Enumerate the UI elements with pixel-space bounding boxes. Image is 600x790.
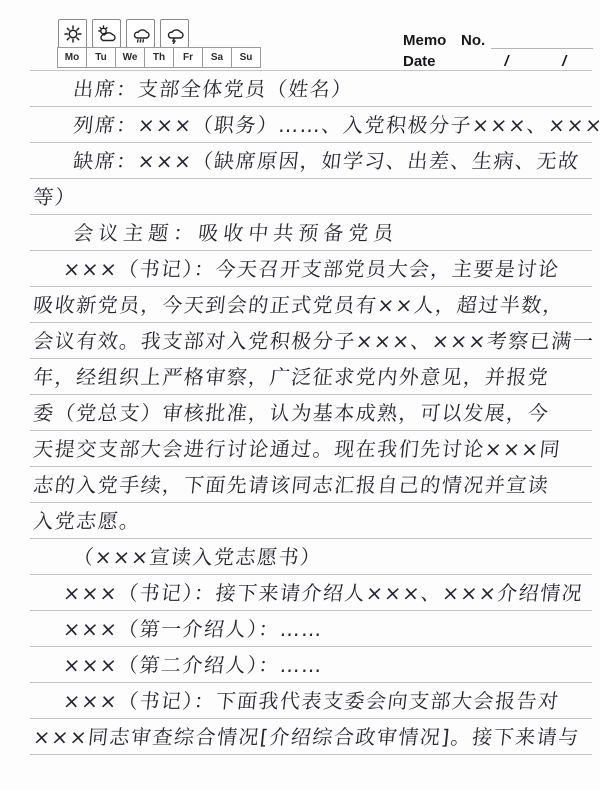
note-line-6: ×××（书记）：今天召开支部党员大会，主要是讨论 <box>30 251 592 287</box>
memo-no-label: No. <box>461 32 491 49</box>
day-cell-fr[interactable]: Fr <box>173 47 203 68</box>
note-line-4: 等） <box>30 179 592 215</box>
note-line-text: 等） <box>32 181 78 210</box>
note-line-text: ×××（书记）：下面我代表支委会向支部大会报告对 <box>62 685 561 714</box>
note-line-9: 年，经组织上严格审察，广泛征求党内外意见，并报党 <box>30 359 592 395</box>
day-cell-th[interactable]: Th <box>144 47 174 68</box>
note-line-3: 缺席：×××（缺席原因，如学习、出差、生病、无故 <box>30 143 592 179</box>
stormy-icon[interactable] <box>160 19 189 48</box>
note-line-text: 缺席：×××（缺席原因，如学习、出差、生病、无故 <box>72 145 581 174</box>
note-line-19: ×××同志审查综合情况[介绍综合政审情况]。接下来请与 <box>30 719 592 755</box>
weather-strip <box>58 19 189 48</box>
note-line-text: 会议主题：吸收中共预备党员 <box>72 217 400 246</box>
note-line-14: （×××宣读入党志愿书） <box>30 539 592 575</box>
rainy-icon[interactable] <box>126 19 155 48</box>
note-line-12: 志的入党手续，下面先请该同志汇报自己的情况并宣读 <box>30 467 592 503</box>
note-line-15: ×××（书记）：接下来请介绍人×××、×××介绍情况 <box>30 575 592 611</box>
note-line-text: 出席：支部全体党员（姓名） <box>72 73 355 102</box>
note-line-text: 委（党总支）审核批准，认为基本成熟，可以发展，今 <box>32 397 551 426</box>
note-line-17: ×××（第二介绍人）：…… <box>30 647 592 683</box>
note-line-text: ×××（书记）：今天召开支部党员大会，主要是讨论 <box>62 253 561 282</box>
date-label: Date <box>403 53 478 70</box>
note-line-8: 会议有效。我支部对入党积极分子×××、×××考察已满一 <box>30 323 592 359</box>
note-line-11: 天提交支部大会进行讨论通过。现在我们先讨论×××同 <box>30 431 592 467</box>
note-line-1: 出席：支部全体党员（姓名） <box>30 71 592 107</box>
note-line-10: 委（党总支）审核批准，认为基本成熟，可以发展，今 <box>30 395 592 431</box>
note-line-5: 会议主题：吸收中共预备党员 <box>30 215 592 251</box>
memo-no-blank-field[interactable] <box>491 32 593 49</box>
day-cell-su[interactable]: Su <box>231 47 261 68</box>
day-cell-we[interactable]: We <box>115 47 145 68</box>
memo-label: Memo <box>403 32 461 49</box>
note-line-16: ×××（第一介绍人）：…… <box>30 611 592 647</box>
ruled-sheet: 出席：支部全体党员（姓名） 列席：×××（职务）……、入党积极分子×××、×××… <box>30 70 592 755</box>
note-line-13: 入党志愿。 <box>30 503 592 539</box>
note-line-text: 吸收新党员，今天到会的正式党员有××人，超过半数， <box>32 289 566 318</box>
note-line-text: （×××宣读入党志愿书） <box>72 541 323 570</box>
date-slash-2: / <box>535 53 593 70</box>
memo-page: { "colors": { "ink": "#26262e", "rule": … <box>0 0 600 790</box>
note-line-text: ×××（第二介绍人）：…… <box>62 649 325 678</box>
note-line-text: 天提交支部大会进行讨论通过。现在我们先讨论×××同 <box>32 433 563 462</box>
day-cell-sa[interactable]: Sa <box>202 47 232 68</box>
note-line-7: 吸收新党员，今天到会的正式党员有××人，超过半数， <box>30 287 592 323</box>
note-line-text: ×××（书记）：接下来请介绍人×××、×××介绍情况 <box>62 577 585 606</box>
note-line-text: ×××（第一介绍人）：…… <box>62 613 325 642</box>
note-line-text: 入党志愿。 <box>32 505 143 534</box>
note-line-2: 列席：×××（职务）……、入党积极分子×××、××× <box>30 107 592 143</box>
partly-cloudy-icon[interactable] <box>92 19 121 48</box>
day-cell-tu[interactable]: Tu <box>86 47 116 68</box>
note-line-text: 列席：×××（职务）……、入党积极分子×××、××× <box>72 109 600 138</box>
day-of-week-strip: Mo Tu We Th Fr Sa Su <box>57 47 261 68</box>
day-cell-mo[interactable]: Mo <box>57 47 87 68</box>
note-line-text: ×××同志审查综合情况[介绍综合政审情况]。接下来请与 <box>32 721 581 750</box>
memo-header: Memo No. Date / / <box>403 28 593 70</box>
note-line-text: 会议有效。我支部对入党积极分子×××、×××考察已满一 <box>32 325 596 354</box>
date-slash-1: / <box>478 53 536 70</box>
note-line-text: 志的入党手续，下面先请该同志汇报自己的情况并宣读 <box>32 469 551 498</box>
note-line-18: ×××（书记）：下面我代表支委会向支部大会报告对 <box>30 683 592 719</box>
sunny-icon[interactable] <box>58 19 87 48</box>
note-line-text: 年，经组织上严格审察，广泛征求党内外意见，并报党 <box>32 361 551 390</box>
